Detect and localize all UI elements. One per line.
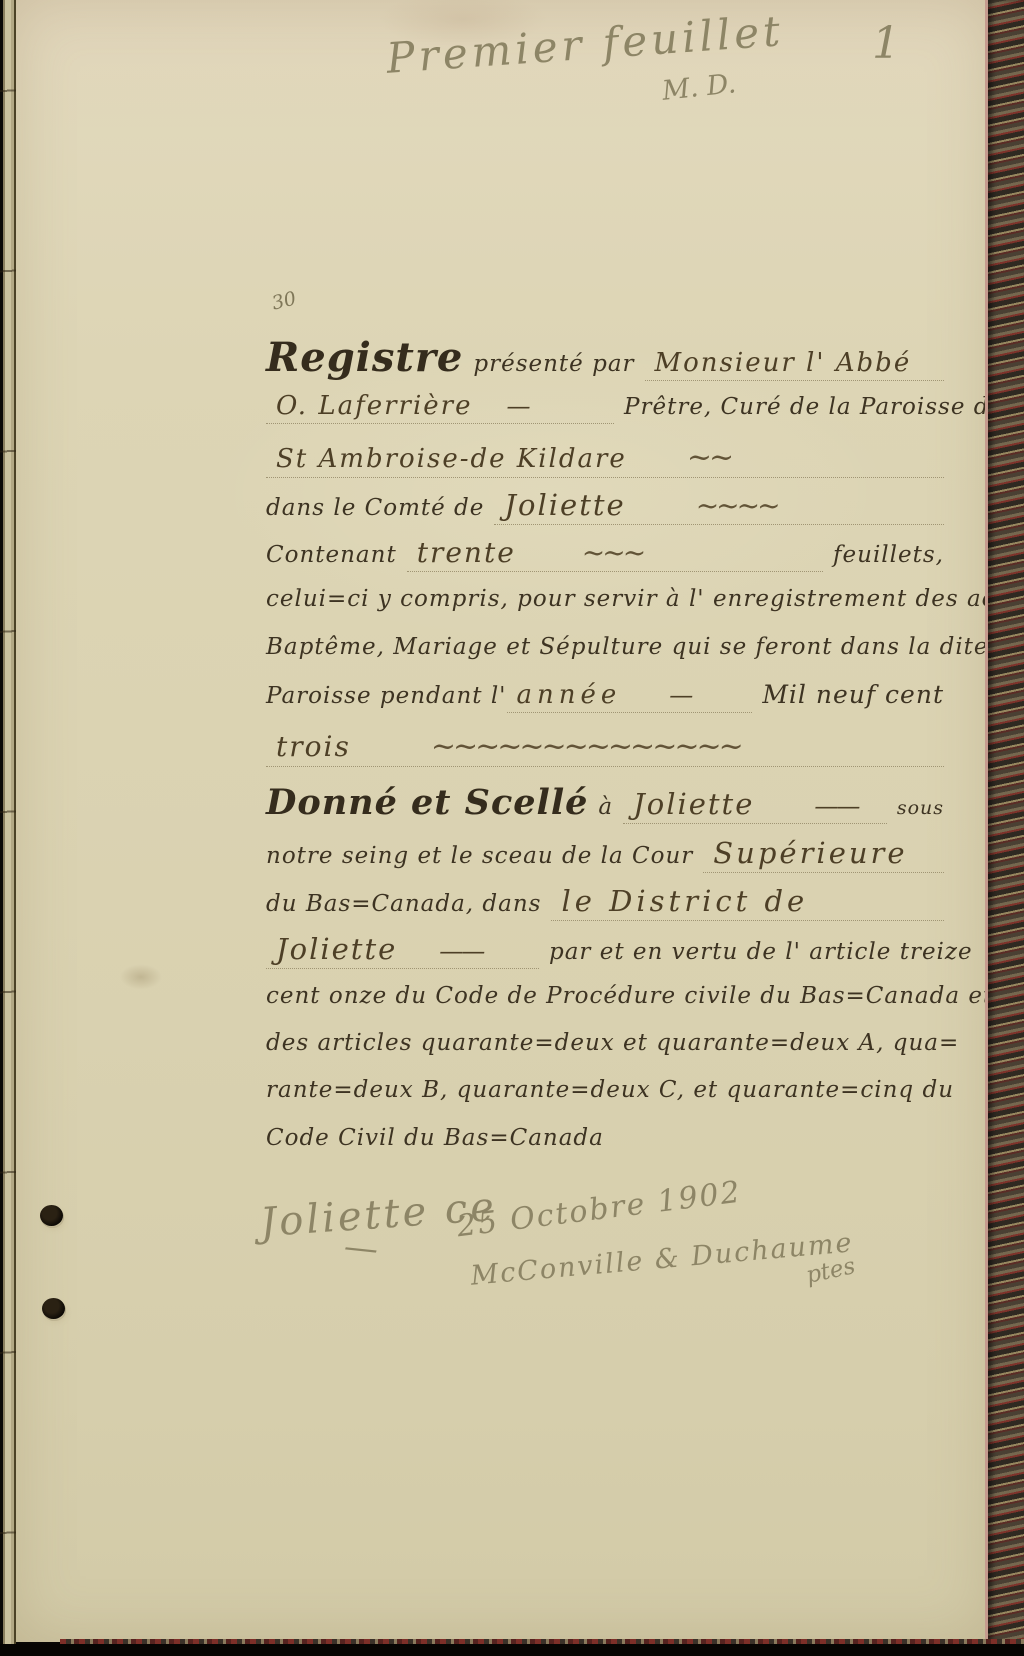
ornamental-word: Registre — [266, 334, 463, 381]
printed-text: celui=ci y compris, pour servir à l' enr… — [266, 586, 1024, 612]
printed-text: notre seing et le sceau de la Cour — [266, 843, 693, 869]
form-line-5: Contenant trente ~~~ feuillets, — [266, 536, 944, 572]
printed-text: Baptême, Mariage et Sépulture qui se fer… — [266, 634, 989, 660]
ornamental-word: Donné et Scellé — [266, 782, 588, 823]
entry-blank: Monsieur l' Abbé — [645, 348, 944, 381]
form-line-3: St Ambroise-de Kildare ~~ — [266, 440, 944, 478]
form-line-17: Code Civil du Bas=Canada — [266, 1125, 944, 1151]
printed-text: des articles quarante=deux et quarante=d… — [266, 1030, 959, 1056]
entry-blank: Joliette ~~~~ — [494, 488, 944, 525]
printed-text: à — [598, 794, 613, 820]
handwritten-entry: Joliette — [504, 488, 625, 522]
printed-text: présenté par — [473, 351, 634, 377]
handwritten-entry: Supérieure — [713, 836, 907, 870]
printed-text: Paroisse pendant l' — [266, 683, 507, 709]
register-scan: Premier feuillet 1 M. D. 30 Registre pré… — [0, 0, 1024, 1656]
printed-text: cent onze du Code de Procédure civile du… — [266, 983, 993, 1009]
handwritten-entry: O. Laferrière — [276, 391, 472, 421]
header-initials: M. D. — [661, 68, 738, 107]
handwritten-entry: le District de — [561, 884, 808, 918]
printed-text: Mil neuf cent — [762, 680, 944, 709]
flourish: ~~~~ — [696, 489, 778, 522]
handwritten-entry: Joliette — [276, 932, 397, 966]
printed-text: Contenant — [266, 542, 397, 568]
printed-text: rante=deux B, quarante=deux C, et quaran… — [266, 1077, 954, 1103]
entry-blank: Joliette —— — [623, 787, 887, 824]
filler-dash: — — [669, 681, 691, 709]
form-line-6: celui=ci y compris, pour servir à l' enr… — [266, 586, 944, 612]
right-marbled-edge — [985, 0, 1024, 1656]
handwritten-entry: trois — [276, 730, 351, 763]
form-line-11: notre seing et le sceau de la Cour Supér… — [266, 836, 944, 873]
punch-hole-top — [40, 1205, 63, 1226]
handwritten-entry: St Ambroise-de Kildare — [276, 444, 627, 474]
entry-blank: Joliette —— — [266, 932, 539, 969]
entry-blank: trente ~~~ — [407, 536, 823, 572]
entry-blank: trois ~~~~~~~~~~~~~~ — [266, 729, 944, 767]
form-line-10: Donné et Scellé à Joliette —— sous — [266, 782, 944, 824]
attestation-date: 25 Octobre 1902 — [455, 1175, 744, 1245]
flourish: ~~ — [687, 440, 731, 475]
attestation-dash: — — [342, 1226, 380, 1269]
entry-blank: St Ambroise-de Kildare ~~ — [266, 440, 944, 478]
form-line-1: Registre présenté par Monsieur l' Abbé — [266, 334, 944, 381]
entry-blank: année — — [507, 680, 753, 713]
entry-blank: le District de — [551, 884, 944, 921]
register-page: Premier feuillet 1 M. D. 30 Registre pré… — [14, 0, 990, 1642]
printed-text: par et en vertu de l' article treize — [549, 939, 973, 965]
left-binding-edge — [0, 0, 16, 1656]
form-line-12: du Bas=Canada, dans le District de — [266, 884, 944, 921]
entry-blank: Supérieure — [703, 836, 944, 873]
folio-number: 1 — [872, 18, 900, 69]
printed-text: sous — [897, 797, 944, 819]
filler-dash: —— — [439, 937, 483, 965]
bottom-cover-edge — [0, 1644, 1024, 1656]
signature: McConville & Duchaume — [469, 1227, 854, 1291]
form-line-13: Joliette —— par et en vertu de l' articl… — [266, 932, 944, 969]
entry-blank: O. Laferrière — — [266, 391, 614, 424]
printed-text: feuillets, — [833, 542, 944, 568]
handwritten-entry: année — [517, 680, 622, 710]
flourish: ~~~ — [582, 536, 643, 569]
form-line-8: Paroisse pendant l' année — Mil neuf cen… — [266, 680, 944, 713]
handwritten-entry: Joliette — [633, 787, 754, 821]
printed-text: Code Civil du Bas=Canada — [266, 1125, 604, 1151]
handwritten-entry: trente — [417, 536, 516, 569]
printed-text: Prêtre, Curé de la Paroisse de — [624, 394, 1004, 420]
count-note: 30 — [270, 287, 299, 314]
flourish: ~~~~~~~~~~~~~~ — [431, 729, 741, 764]
punch-hole-bottom — [42, 1298, 65, 1319]
filler-dash: —— — [814, 792, 858, 820]
printed-text: du Bas=Canada, dans — [266, 891, 541, 917]
form-line-16: rante=deux B, quarante=deux C, et quaran… — [266, 1077, 944, 1103]
form-line-9: trois ~~~~~~~~~~~~~~ — [266, 729, 944, 767]
form-line-15: des articles quarante=deux et quarante=d… — [266, 1030, 944, 1056]
filler-dash: — — [506, 392, 528, 420]
form-line-4: dans le Comté de Joliette ~~~~ — [266, 488, 944, 525]
form-line-2: O. Laferrière — Prêtre, Curé de la Paroi… — [266, 391, 944, 424]
form-line-14: cent onze du Code de Procédure civile du… — [266, 983, 944, 1009]
handwritten-entry: Monsieur l' Abbé — [655, 348, 912, 378]
form-line-7: Baptême, Mariage et Sépulture qui se fer… — [266, 634, 944, 660]
printed-text: dans le Comté de — [266, 495, 484, 521]
